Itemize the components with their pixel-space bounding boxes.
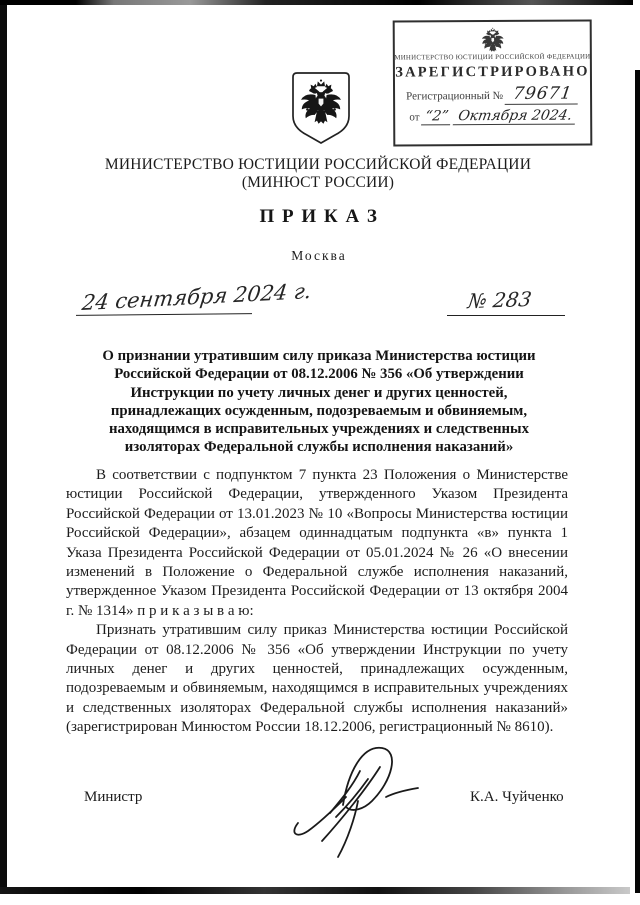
document-type-title: П Р И К А З [2,206,636,228]
body-paragraph-1: В соответствии с подпунктом 7 пункта 23 … [66,466,568,621]
signature-icon [288,743,428,861]
scan-edge-left [0,0,7,893]
order-title: О признании утратившим силу приказа Мини… [90,347,548,457]
number-underline [447,315,565,316]
stamp-ministry-line: МИНИСТЕРСТВО ЮСТИЦИИ РОССИЙСКОЙ ФЕДЕРАЦИ… [394,53,590,61]
body-paragraph-2: Признать утратившим силу приказ Министер… [66,621,568,737]
stamp-reg-number-label: Регистрационный № [406,90,503,103]
scanned-order-page: { "stamp": { "ministry_line": "МИНИСТЕРС… [0,0,640,905]
stamp-date-rest-handwritten: Октября 2024. [453,108,578,126]
ministry-short-name: (МИНЮСТ РОССИИ) [40,174,596,192]
stamp-date-row: от “2” Октября 2024. [409,108,576,126]
document-header: МИНИСТЕРСТВО ЮСТИЦИИ РОССИЙСКОЙ ФЕДЕРАЦИ… [40,156,596,191]
stamp-reg-number-handwritten: 79671 [504,84,580,105]
signer-position: Министр [84,789,142,806]
signer-name: К.А. Чуйченко [470,789,564,806]
stamp-registered-label: ЗАРЕГИСТРИРОВАНО [395,63,590,81]
city-label: Москва [2,248,636,264]
order-date-handwritten: 24 сентября 2024 г. [81,279,313,315]
stamp-registration-row: Регистрационный № 79671 [406,84,579,106]
scan-edge-right [635,70,640,893]
registration-stamp: МИНИСТЕРСТВО ЮСТИЦИИ РОССИЙСКОЙ ФЕДЕРАЦИ… [393,19,593,146]
coat-of-arms-icon [289,70,353,146]
stamp-date-label: от [409,111,419,123]
order-number-handwritten: № 283 [466,287,533,313]
stamp-date-day-handwritten: “2” [421,108,453,125]
scan-edge-bottom [0,887,630,894]
stamp-eagle-icon [479,27,505,53]
scan-edge-top [0,0,633,5]
ministry-name: МИНИСТЕРСТВО ЮСТИЦИИ РОССИЙСКОЙ ФЕДЕРАЦИ… [40,156,596,174]
order-body: В соответствии с подпунктом 7 пункта 23 … [66,466,568,738]
